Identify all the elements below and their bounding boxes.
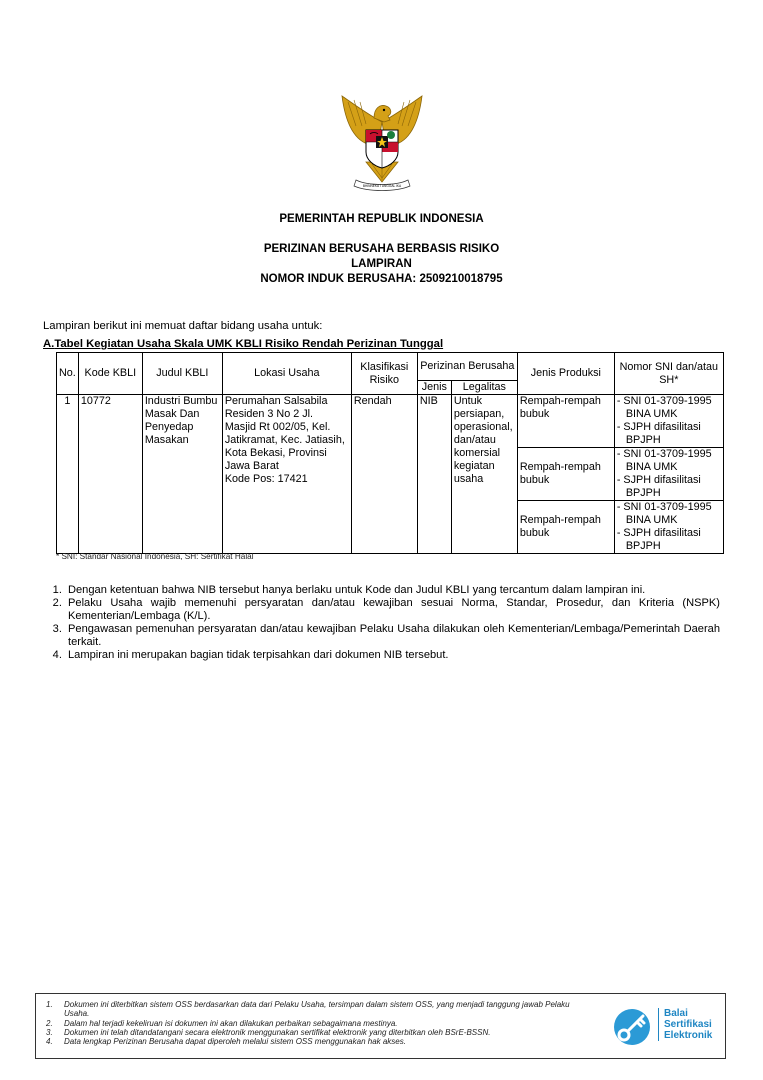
header-judul-kbli: Judul KBLI — [142, 353, 222, 395]
sni-line: - SNI 01-3709-1995 BINA UMK — [617, 395, 721, 421]
bse-line3: Elektronik — [664, 1030, 712, 1041]
footer-note-number: 2. — [46, 1019, 64, 1028]
footer-note-text: Dalam hal terjadi kekeliruan isi dokumen… — [64, 1019, 398, 1028]
sni-line: - SJPH difasilitasi BPJPH — [617, 474, 721, 500]
cell-jenis-produksi: Rempah-rempah bubuk — [517, 395, 614, 448]
table-footnote: * SNI: Standar Nasional Indonesia, SH: S… — [56, 552, 254, 561]
lokasi-line: Jatikramat, Kec. Jatiasih, — [225, 434, 349, 447]
cell-nomor-sni: - SNI 01-3709-1995 BINA UMK- SJPH difasi… — [614, 395, 723, 448]
cell-judul-kbli: Industri Bumbu Masak Dan Penyedap Masaka… — [142, 395, 222, 554]
key-icon — [613, 1008, 651, 1046]
sni-line: - SNI 01-3709-1995 BINA UMK — [617, 448, 721, 474]
bse-logo-text: Balai Sertifikasi Elektronik — [658, 1008, 712, 1041]
section-title: A.Tabel Kegiatan Usaha Skala UMK KBLI Ri… — [43, 338, 443, 350]
term-item: Lampiran ini merupakan bagian tidak terp… — [65, 649, 720, 662]
header-jenis-produksi: Jenis Produksi — [517, 353, 614, 395]
header-kode-kbli: Kode KBLI — [78, 353, 142, 395]
header-no: No. — [57, 353, 79, 395]
cell-kode-kbli: 10772 — [78, 395, 142, 554]
svg-text:BHINNEKA TUNGGAL IKA: BHINNEKA TUNGGAL IKA — [363, 184, 402, 188]
lokasi-line: Residen 3 No 2 Jl. — [225, 408, 349, 421]
footer-note-number: 4. — [46, 1037, 64, 1046]
bse-line2: Sertifikasi — [664, 1019, 712, 1030]
footer-notes: 1.Dokumen ini diterbitkan sistem OSS ber… — [46, 1000, 591, 1046]
section-label: A. — [43, 338, 54, 350]
cell-no: 1 — [57, 395, 79, 554]
footer-note-number: 3. — [46, 1028, 64, 1037]
cell-klasifikasi-risiko: Rendah — [351, 395, 417, 554]
cell-jenis: NIB — [417, 395, 451, 554]
lokasi-line: Jawa Barat — [225, 460, 349, 473]
cell-jenis-produksi: Rempah-rempah bubuk — [517, 448, 614, 501]
government-name: PEMERINTAH REPUBLIK INDONESIA — [0, 212, 763, 227]
header-jenis: Jenis — [417, 381, 451, 395]
lokasi-line: Masjid Rt 002/05, Kel. — [225, 421, 349, 434]
lokasi-line: Perumahan Salsabila — [225, 395, 349, 408]
footer-disclaimer-box: 1.Dokumen ini diterbitkan sistem OSS ber… — [35, 993, 726, 1059]
terms-list: Dengan ketentuan bahwa NIB tersebut hany… — [43, 584, 720, 662]
footer-note: 3.Dokumen ini telah ditandatangani secar… — [46, 1028, 591, 1037]
garuda-emblem-icon: BHINNEKA TUNGGAL IKA — [334, 92, 430, 192]
footer-note: 1.Dokumen ini diterbitkan sistem OSS ber… — [46, 1000, 591, 1019]
header-lokasi-usaha: Lokasi Usaha — [222, 353, 351, 395]
header-perizinan-berusaha: Perizinan Berusaha — [417, 353, 517, 381]
header-legalitas: Legalitas — [451, 381, 517, 395]
lokasi-line: Kode Pos: 17421 — [225, 473, 349, 486]
header-klasifikasi-risiko: Klasifikasi Risiko — [351, 353, 417, 395]
intro-text: Lampiran berikut ini memuat daftar bidan… — [43, 320, 322, 332]
kbli-table: No. Kode KBLI Judul KBLI Lokasi Usaha Kl… — [56, 352, 724, 554]
footer-note-text: Dokumen ini diterbitkan sistem OSS berda… — [64, 1000, 591, 1019]
nib-number: NOMOR INDUK BERUSAHA: 2509210018795 — [0, 272, 763, 287]
footer-note-text: Dokumen ini telah ditandatangani secara … — [64, 1028, 490, 1037]
cell-jenis-produksi: Rempah-rempah bubuk — [517, 501, 614, 554]
sni-line: - SNI 01-3709-1995 BINA UMK — [617, 501, 721, 527]
sni-line: - SJPH difasilitasi BPJPH — [617, 527, 721, 553]
cell-lokasi-usaha: Perumahan SalsabilaResiden 3 No 2 Jl.Mas… — [222, 395, 351, 554]
lokasi-line: Kota Bekasi, Provinsi — [225, 447, 349, 460]
term-item: Pelaku Usaha wajib memenuhi persyaratan … — [65, 597, 720, 623]
sni-line: - SJPH difasilitasi BPJPH — [617, 421, 721, 447]
term-item: Pengawasan pemenuhan persyaratan dan/ata… — [65, 623, 720, 649]
cell-nomor-sni: - SNI 01-3709-1995 BINA UMK- SJPH difasi… — [614, 501, 723, 554]
document-subtitle: LAMPIRAN — [0, 257, 763, 272]
term-item: Dengan ketentuan bahwa NIB tersebut hany… — [65, 584, 720, 597]
table-row: 110772Industri Bumbu Masak Dan Penyedap … — [57, 395, 724, 448]
cell-legalitas: Untuk persiapan, operasional, dan/atau k… — [451, 395, 517, 554]
document-title: PERIZINAN BERUSAHA BERBASIS RISIKO — [0, 242, 763, 257]
cell-nomor-sni: - SNI 01-3709-1995 BINA UMK- SJPH difasi… — [614, 448, 723, 501]
section-title-text: Tabel Kegiatan Usaha Skala UMK KBLI Risi… — [54, 338, 443, 350]
header-nomor-sni: Nomor SNI dan/atau SH* — [614, 353, 723, 395]
footer-note-number: 1. — [46, 1000, 64, 1019]
footer-note: 2.Dalam hal terjadi kekeliruan isi dokum… — [46, 1019, 591, 1028]
footer-note-text: Data lengkap Perizinan Berusaha dapat di… — [64, 1037, 406, 1046]
footer-note: 4.Data lengkap Perizinan Berusaha dapat … — [46, 1037, 591, 1046]
bse-line1: Balai — [664, 1008, 712, 1019]
